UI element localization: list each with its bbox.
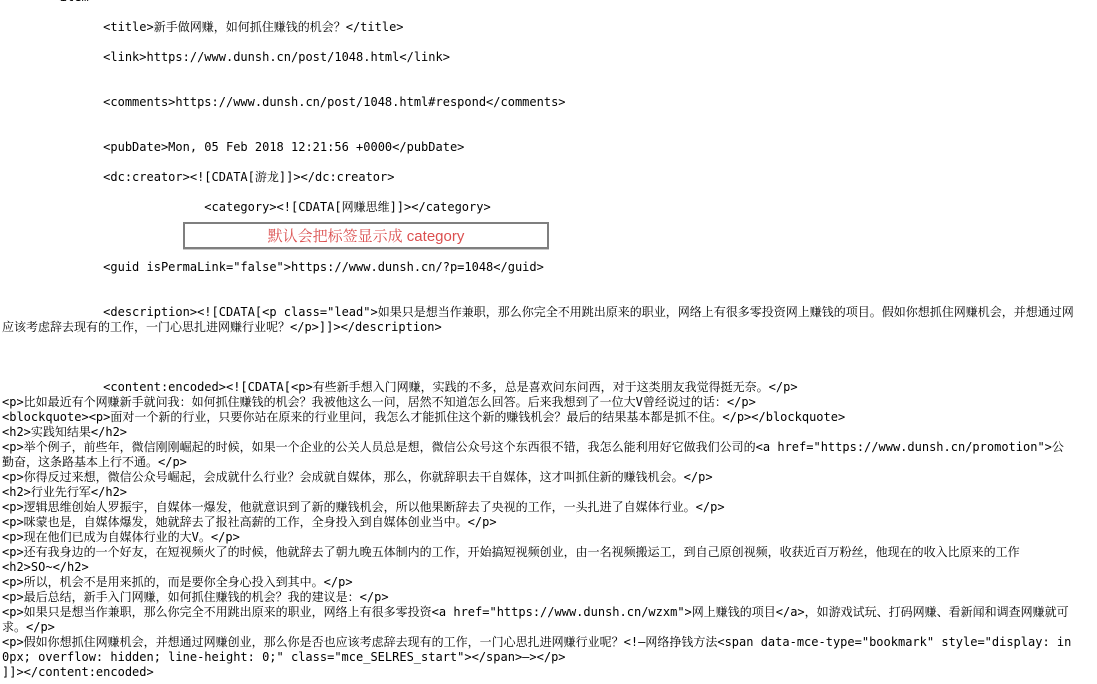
xml-line: <p>所以，机会不是用来抓的，而是要你全身心投入到其中。</p> [2,575,1097,590]
xml-line: ]]></content:encoded> [2,665,1097,680]
blank-line [2,5,1097,20]
xml-line: <link>https://www.dunsh.cn/post/1048.htm… [2,50,1097,65]
xml-line: <p>比如最近有个网赚新手就问我：如何抓住赚钱的机会？我被他这么一问，居然不知道… [2,395,1097,410]
xml-line: <p>假如你想抓住网赚机会，并想通过网赚创业，那么你是否也应该考虑辞去现有的工作… [2,635,1097,650]
annotation-label: 默认会把标签显示成 category [268,225,465,246]
xml-line: <category><![CDATA[网赚思维]]></category> [2,200,1097,215]
xml-line: 求。</p> [2,620,1097,635]
blank-line [2,275,1097,290]
xml-line: <p>咪蒙也是，自媒体爆发，她就辞去了报社高薪的工作，全身投入到自媒体创业当中。… [2,515,1097,530]
blank-line [2,290,1097,305]
xml-line: <p>逻辑思维创始人罗振宇，自媒体一爆发，他就意识到了新的赚钱机会，所以他果断辞… [2,500,1097,515]
xml-line: <h2>SO~</h2> [2,560,1097,575]
xml-line: <p>现在他们已成为自媒体行业的大V。</p> [2,530,1097,545]
xml-line: <guid isPermaLink="false">https://www.du… [2,260,1097,275]
xml-line: <h2>实践知结果</h2> [2,425,1097,440]
blank-line [2,335,1097,350]
rss-xml-source-view: <item> <title>新手做网赚，如何抓住赚钱的机会？</title> <… [2,0,1097,680]
xml-line: 0px; overflow: hidden; line-height: 0;" … [2,650,1097,665]
blank-line [2,35,1097,50]
blank-line [2,65,1097,80]
category-annotation-box: 默认会把标签显示成 category [183,222,549,249]
xml-line: <comments>https://www.dunsh.cn/post/1048… [2,95,1097,110]
xml-line: <p>还有我身边的一个好友，在短视频火了的时候，他就辞去了朝九晚五体制内的工作，… [2,545,1097,560]
xml-line: <p>如果只是想当作兼职，那么你完全不用跳出原来的职业，网络上有很多零投资<a … [2,605,1097,620]
xml-line: <pubDate>Mon, 05 Feb 2018 12:21:56 +0000… [2,140,1097,155]
blank-line [2,230,1097,245]
blank-line [2,365,1097,380]
xml-line: <h2>行业先行军</h2> [2,485,1097,500]
xml-line: <p>举个例子，前些年，微信刚刚崛起的时候，如果一个企业的公关人员总是想，微信公… [2,440,1097,455]
xml-line: <p>最后总结，新手入门网赚，如何抓住赚钱的机会？我的建议是：</p> [2,590,1097,605]
xml-line: <dc:creator><![CDATA[游龙]]></dc:creator> [2,170,1097,185]
xml-line: <title>新手做网赚，如何抓住赚钱的机会？</title> [2,20,1097,35]
blank-line [2,155,1097,170]
xml-line: 应该考虑辞去现有的工作，一门心思扎进网赚行业呢？</p>]]></descrip… [2,320,1097,335]
blank-line [2,185,1097,200]
blank-line [2,80,1097,95]
xml-line: 勤奋，这条路基本上行不通。</p> [2,455,1097,470]
xml-line: <blockquote><p>面对一个新的行业，只要你站在原来的行业里问，我怎么… [2,410,1097,425]
blank-line [2,110,1097,125]
blank-line [2,350,1097,365]
blank-line [2,245,1097,260]
xml-line: <content:encoded><![CDATA[<p>有些新手想入门网赚，实… [2,380,1097,395]
blank-line [2,125,1097,140]
blank-line [2,215,1097,230]
xml-line: <description><![CDATA[<p class="lead">如果… [2,305,1097,320]
xml-line: <p>你得反过来想，微信公众号崛起，会成就什么行业？会成就自媒体，那么，你就辞职… [2,470,1097,485]
